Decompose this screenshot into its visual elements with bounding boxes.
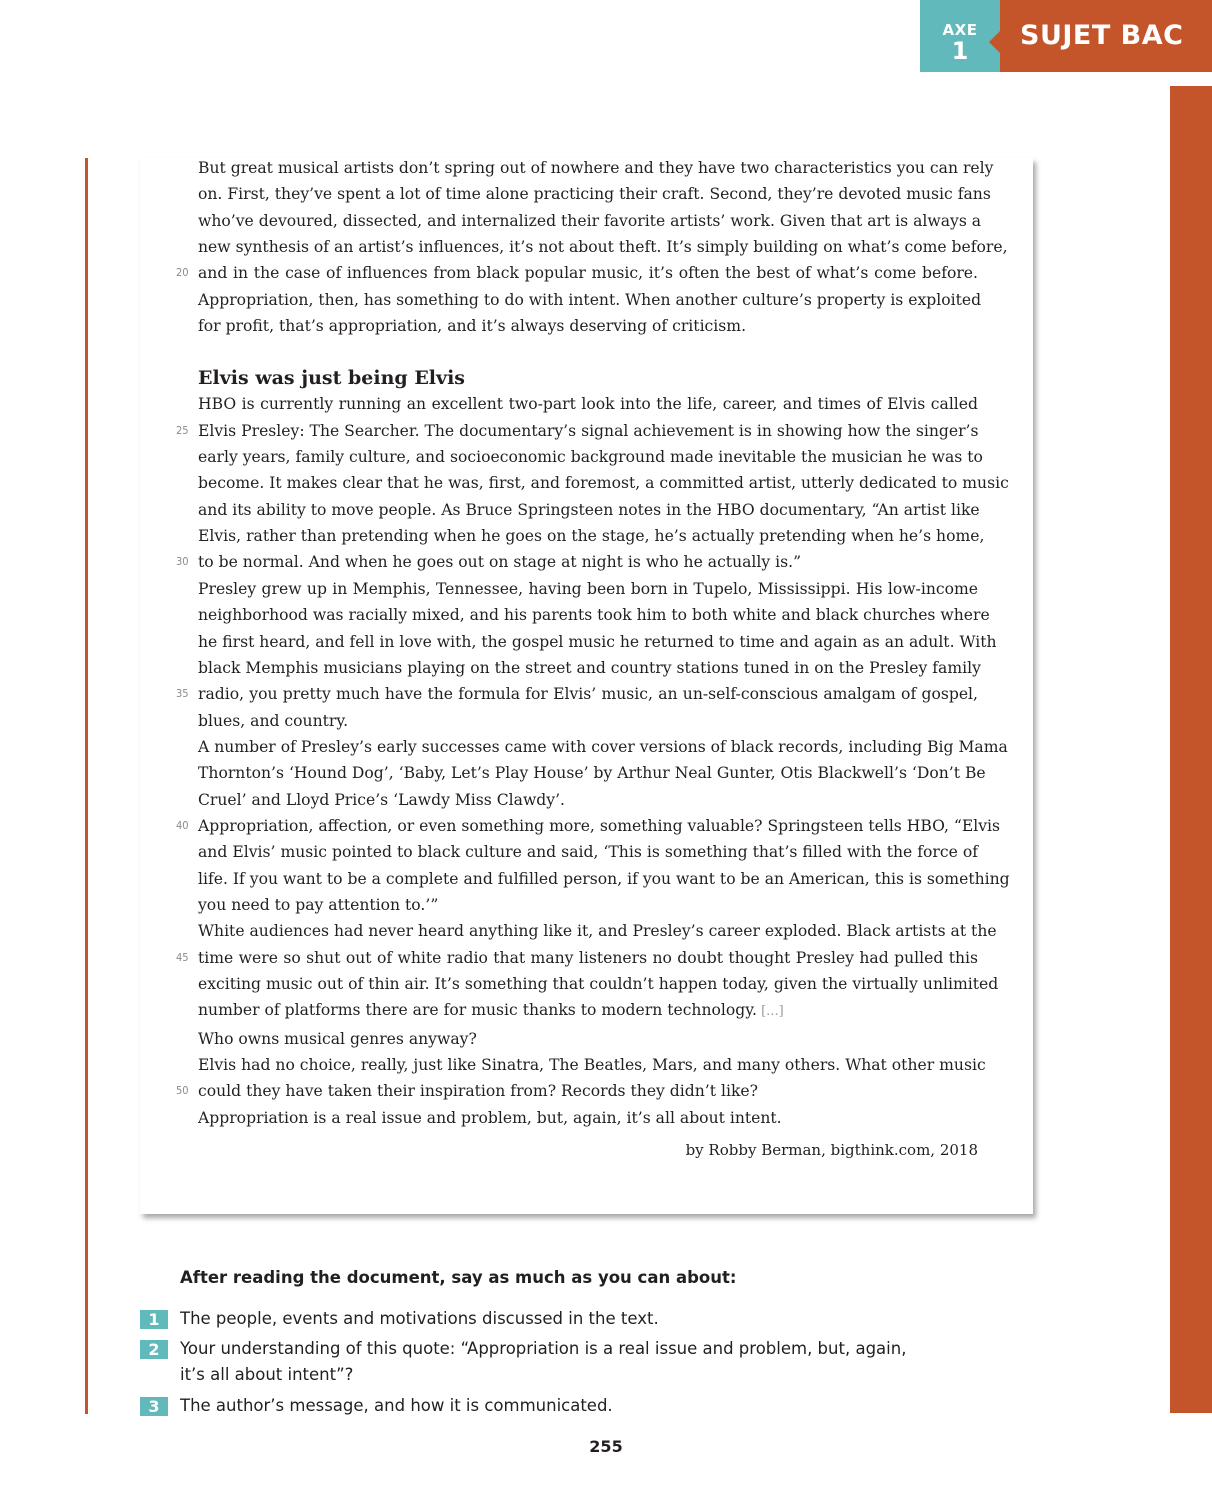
line-number: 35 bbox=[176, 681, 189, 707]
line-text: for profit, that’s appropriation, and it… bbox=[198, 317, 746, 335]
line-number: 30 bbox=[176, 549, 189, 575]
text-line: White audiences had never heard anything… bbox=[198, 918, 978, 944]
line-text: and its ability to move people. As Bruce… bbox=[198, 501, 980, 519]
line-text: number of platforms there are for music … bbox=[198, 1001, 757, 1019]
line-text: blues, and country. bbox=[198, 712, 348, 730]
line-text: life. If you want to be a complete and f… bbox=[198, 870, 1010, 888]
text-line: 20and in the case of influences from bla… bbox=[198, 260, 978, 286]
text-line: black Memphis musicians playing on the s… bbox=[198, 655, 978, 681]
text-line: become. It makes clear that he was, firs… bbox=[198, 470, 978, 496]
axe-label: AXE bbox=[920, 22, 1000, 38]
line-number: 40 bbox=[176, 813, 189, 839]
text-line: A number of Presley’s early successes ca… bbox=[198, 734, 978, 760]
line-text: black Memphis musicians playing on the s… bbox=[198, 659, 981, 677]
line-text: But great musical artists don’t spring o… bbox=[198, 159, 993, 177]
section-title: SUJET BAC bbox=[1000, 0, 1212, 72]
text-line: he first heard, and fell in love with, t… bbox=[198, 629, 978, 655]
text-line: new synthesis of an artist’s influences,… bbox=[198, 234, 978, 260]
line-text: HBO is currently running an excellent tw… bbox=[198, 395, 978, 413]
text-line: 45time were so shut out of white radio t… bbox=[198, 945, 978, 971]
page-number: 255 bbox=[0, 1437, 1212, 1456]
axe-number: 1 bbox=[920, 38, 1000, 64]
line-text: Appropriation, affection, or even someth… bbox=[198, 817, 1000, 835]
document-heading: Elvis was just being Elvis bbox=[198, 365, 978, 391]
axe-badge: AXE 1 bbox=[920, 0, 1000, 72]
line-text: time were so shut out of white radio tha… bbox=[198, 949, 978, 967]
document-card: But great musical artists don’t spring o… bbox=[140, 158, 1033, 1214]
question-text: Your understanding of this quote: “Appro… bbox=[180, 1336, 906, 1362]
text-line: life. If you want to be a complete and f… bbox=[198, 866, 978, 892]
document-source: by Robby Berman, bigthink.com, 2018 bbox=[198, 1137, 978, 1163]
line-number: 50 bbox=[176, 1078, 189, 1104]
question-text: The people, events and motivations discu… bbox=[180, 1306, 659, 1332]
question-text: The author’s message, and how it is comm… bbox=[180, 1393, 613, 1419]
line-text: Presley grew up in Memphis, Tennessee, h… bbox=[198, 580, 978, 598]
text-line: But great musical artists don’t spring o… bbox=[198, 155, 978, 181]
line-text: Elvis, rather than pretending when he go… bbox=[198, 527, 984, 545]
questions-intro: After reading the document, say as much … bbox=[180, 1268, 736, 1287]
text-line: 25Elvis Presley: The Searcher. The docum… bbox=[198, 418, 978, 444]
line-text: Appropriation, then, has something to do… bbox=[198, 291, 981, 309]
left-margin-rule bbox=[85, 158, 88, 1414]
document-part-1: But great musical artists don’t spring o… bbox=[198, 155, 978, 339]
text-line: exciting music out of thin air. It’s som… bbox=[198, 971, 978, 997]
text-line: and Elvis’ music pointed to black cultur… bbox=[198, 839, 978, 865]
text-line: Who owns musical genres anyway? bbox=[198, 1026, 978, 1052]
text-line: Appropriation, then, has something to do… bbox=[198, 287, 978, 313]
omission-marker: [...] bbox=[757, 1004, 784, 1019]
text-line: early years, family culture, and socioec… bbox=[198, 444, 978, 470]
text-line: for profit, that’s appropriation, and it… bbox=[198, 313, 978, 339]
line-text: Elvis had no choice, really, just like S… bbox=[198, 1056, 986, 1074]
line-text: Appropriation is a real issue and proble… bbox=[198, 1109, 782, 1127]
line-text: new synthesis of an artist’s influences,… bbox=[198, 238, 1008, 256]
document-part-2: HBO is currently running an excellent tw… bbox=[198, 391, 978, 1131]
text-line: HBO is currently running an excellent tw… bbox=[198, 391, 978, 417]
text-line: who’ve devoured, dissected, and internal… bbox=[198, 208, 978, 234]
line-text: early years, family culture, and socioec… bbox=[198, 448, 983, 466]
text-line: you need to pay attention to.’” bbox=[198, 892, 978, 918]
line-text: Thornton’s ‘Hound Dog’, ‘Baby, Let’s Pla… bbox=[198, 764, 986, 782]
text-line: Appropriation is a real issue and proble… bbox=[198, 1105, 978, 1131]
line-text: become. It makes clear that he was, firs… bbox=[198, 474, 1009, 492]
line-text: on. First, they’ve spent a lot of time a… bbox=[198, 185, 991, 203]
line-text: and Elvis’ music pointed to black cultur… bbox=[198, 843, 978, 861]
line-text: Cruel’ and Lloyd Price’s ‘Lawdy Miss Cla… bbox=[198, 791, 565, 809]
text-line: 30to be normal. And when he goes out on … bbox=[198, 549, 978, 575]
line-number: 20 bbox=[176, 260, 189, 286]
line-text: White audiences had never heard anything… bbox=[198, 922, 997, 940]
text-line: Cruel’ and Lloyd Price’s ‘Lawdy Miss Cla… bbox=[198, 787, 978, 813]
question-number-badge: 2 bbox=[140, 1340, 168, 1359]
question-number-badge: 3 bbox=[140, 1397, 168, 1416]
question-number-badge: 1 bbox=[140, 1310, 168, 1329]
page-side-bar bbox=[1170, 86, 1212, 1413]
line-text: Elvis Presley: The Searcher. The documen… bbox=[198, 422, 979, 440]
document-text: But great musical artists don’t spring o… bbox=[198, 155, 978, 1163]
text-line: Elvis had no choice, really, just like S… bbox=[198, 1052, 978, 1078]
line-text: exciting music out of thin air. It’s som… bbox=[198, 975, 998, 993]
line-text: neighborhood was racially mixed, and his… bbox=[198, 606, 990, 624]
text-line: 35radio, you pretty much have the formul… bbox=[198, 681, 978, 707]
text-line: neighborhood was racially mixed, and his… bbox=[198, 602, 978, 628]
text-line: 50could they have taken their inspiratio… bbox=[198, 1078, 978, 1104]
line-number: 45 bbox=[176, 945, 189, 971]
text-line: on. First, they’ve spent a lot of time a… bbox=[198, 181, 978, 207]
line-text: he first heard, and fell in love with, t… bbox=[198, 633, 997, 651]
text-line: Elvis, rather than pretending when he go… bbox=[198, 523, 978, 549]
text-line: Presley grew up in Memphis, Tennessee, h… bbox=[198, 576, 978, 602]
line-text: who’ve devoured, dissected, and internal… bbox=[198, 212, 981, 230]
line-text: A number of Presley’s early successes ca… bbox=[198, 738, 1008, 756]
line-text: could they have taken their inspiration … bbox=[198, 1082, 758, 1100]
text-line: and its ability to move people. As Bruce… bbox=[198, 497, 978, 523]
text-line: number of platforms there are for music … bbox=[198, 997, 978, 1025]
line-text: to be normal. And when he goes out on st… bbox=[198, 553, 801, 571]
line-number: 25 bbox=[176, 418, 189, 444]
header-arrow-icon bbox=[989, 31, 1000, 53]
line-text: and in the case of influences from black… bbox=[198, 264, 978, 282]
line-text: Who owns musical genres anyway? bbox=[198, 1030, 477, 1048]
question-text: it’s all about intent”? bbox=[180, 1362, 353, 1388]
line-text: radio, you pretty much have the formula … bbox=[198, 685, 978, 703]
text-line: 40Appropriation, affection, or even some… bbox=[198, 813, 978, 839]
text-line: blues, and country. bbox=[198, 708, 978, 734]
text-line: Thornton’s ‘Hound Dog’, ‘Baby, Let’s Pla… bbox=[198, 760, 978, 786]
line-text: you need to pay attention to.’” bbox=[198, 896, 438, 914]
